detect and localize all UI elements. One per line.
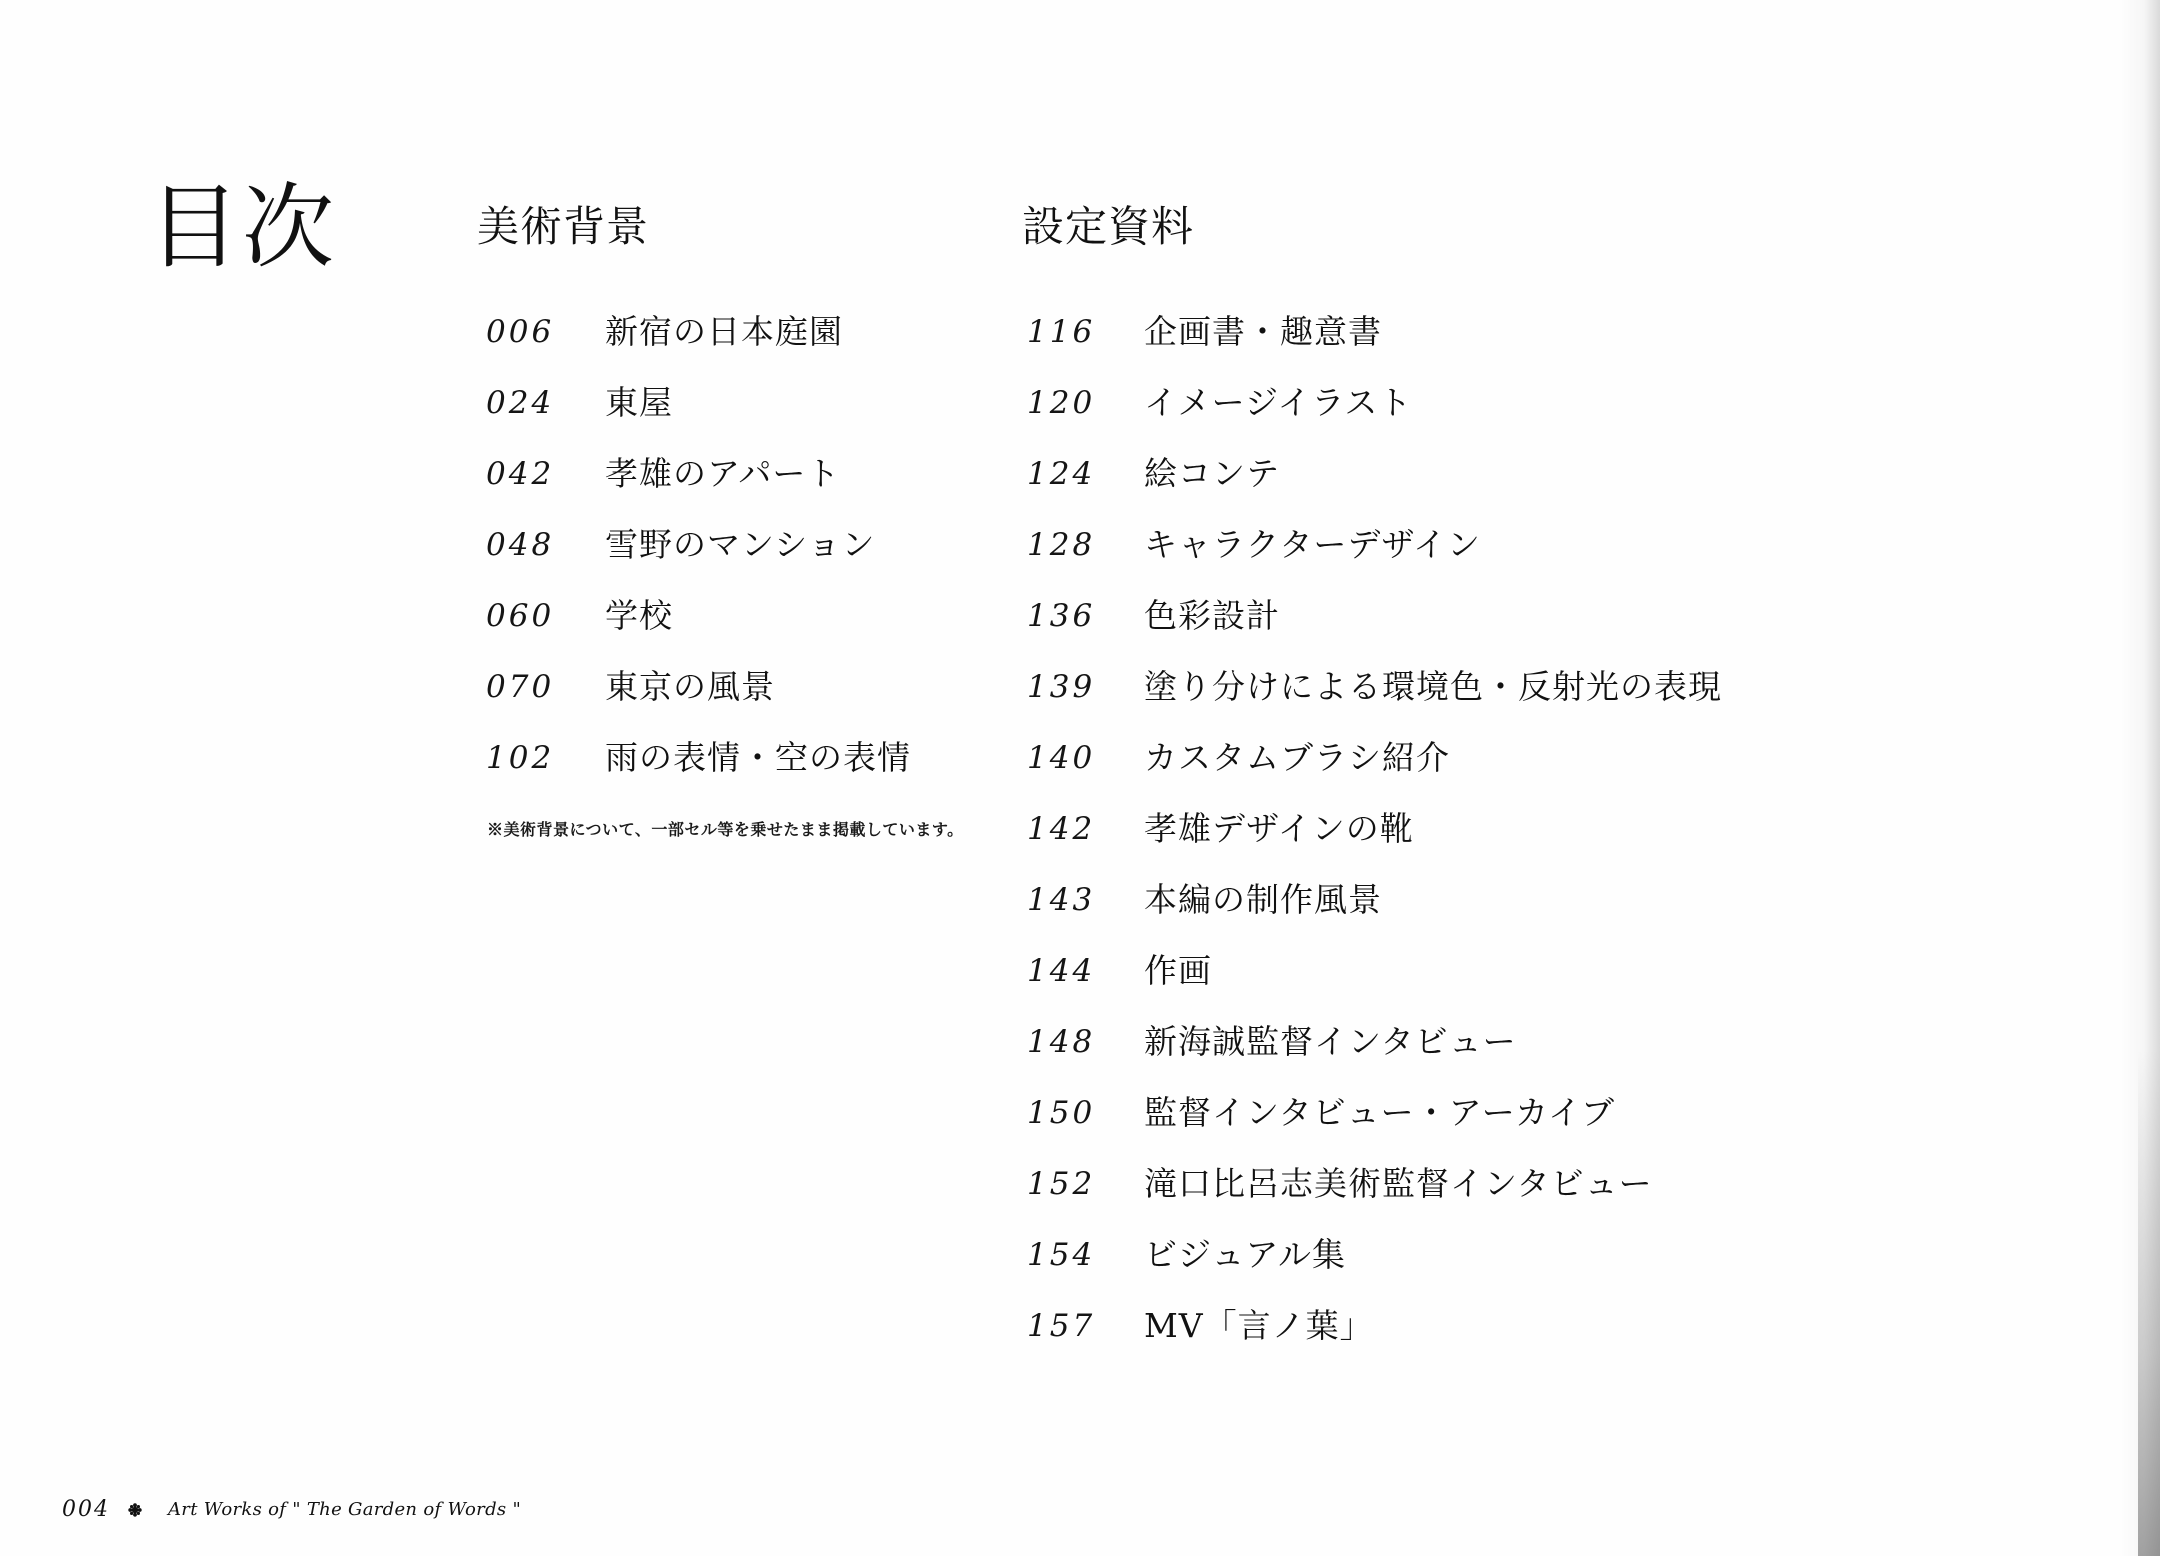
toc-list-settings-materials: 116 企画書・趣意書 120 イメージイラスト 124 絵コンテ 128 キャ…: [1027, 312, 1722, 1377]
toc-entry-label: 色彩設計: [1144, 596, 1280, 636]
toc-entry[interactable]: 142 孝雄デザインの靴: [1027, 809, 1722, 880]
section-header-settings-materials: 設定資料: [1022, 206, 1194, 248]
toc-entry-label: 東京の風景: [605, 667, 775, 707]
toc-page-number: 116: [1027, 312, 1144, 352]
toc-page-number: 120: [1027, 383, 1144, 423]
footer-book-title: Art Works of " The Garden of Words ": [168, 1499, 521, 1520]
toc-entry[interactable]: 150 監督インタビュー・アーカイブ: [1027, 1093, 1722, 1164]
toc-entry-label: 孝雄のアパート: [605, 454, 840, 494]
toc-entry[interactable]: 154 ビジュアル集: [1027, 1235, 1722, 1306]
toc-entry-label: 雪野のマンション: [605, 525, 876, 565]
toc-entry[interactable]: 048 雪野のマンション: [486, 525, 911, 596]
toc-entry-label: 東屋: [605, 383, 673, 423]
toc-page-number: 102: [486, 738, 605, 778]
toc-page-number: 144: [1027, 951, 1144, 991]
toc-entry[interactable]: 148 新海誠監督インタビュー: [1027, 1022, 1722, 1093]
toc-entry[interactable]: 006 新宿の日本庭園: [486, 312, 911, 383]
art-backgrounds-note: ※美術背景について、一部セル等を乗せたまま掲載しています。: [487, 820, 964, 840]
toc-page-number: 060: [486, 596, 605, 636]
toc-entry-label: 作画: [1144, 951, 1212, 991]
toc-entry[interactable]: 124 絵コンテ: [1027, 454, 1722, 525]
toc-page-number: 128: [1027, 525, 1144, 565]
toc-page-number: 154: [1027, 1235, 1144, 1275]
toc-page-number: 024: [486, 383, 605, 423]
page-edge-shadow-bottom: [2138, 1050, 2160, 1556]
toc-entry[interactable]: 116 企画書・趣意書: [1027, 312, 1722, 383]
toc-entry[interactable]: 060 学校: [486, 596, 911, 667]
toc-page-number: 136: [1027, 596, 1144, 636]
toc-page-number: 006: [486, 312, 605, 352]
toc-page-number: 142: [1027, 809, 1144, 849]
section-header-art-backgrounds: 美術背景: [477, 206, 649, 248]
toc-entry-label: 監督インタビュー・アーカイブ: [1144, 1093, 1615, 1133]
toc-entry-label: 新海誠監督インタビュー: [1144, 1022, 1517, 1062]
toc-entry[interactable]: 157 MV「言ノ葉」: [1027, 1306, 1722, 1377]
toc-entry[interactable]: 139 塗り分けによる環境色・反射光の表現: [1027, 667, 1722, 738]
toc-page-number: 048: [486, 525, 605, 565]
toc-page-number: 140: [1027, 738, 1144, 778]
toc-page-number: 148: [1027, 1022, 1144, 1062]
toc-entry[interactable]: 102 雨の表情・空の表情: [486, 738, 911, 809]
page-footer: 004 Art Works of " The Garden of Words ": [62, 1497, 521, 1522]
toc-entry-label: 絵コンテ: [1144, 454, 1280, 494]
toc-entry-label: MV「言ノ葉」: [1144, 1306, 1374, 1346]
toc-page-number: 070: [486, 667, 605, 707]
toc-entry-label: 滝口比呂志美術監督インタビュー: [1144, 1164, 1653, 1204]
toc-page-number: 157: [1027, 1306, 1144, 1346]
toc-entry[interactable]: 024 東屋: [486, 383, 911, 454]
toc-page-number: 152: [1027, 1164, 1144, 1204]
page-title: 目次: [148, 182, 336, 274]
toc-entry[interactable]: 070 東京の風景: [486, 667, 911, 738]
toc-page-number: 042: [486, 454, 605, 494]
footer-page-number: 004: [62, 1497, 110, 1522]
toc-entry[interactable]: 152 滝口比呂志美術監督インタビュー: [1027, 1164, 1722, 1235]
toc-entry-label: ビジュアル集: [1144, 1235, 1346, 1275]
toc-entry[interactable]: 144 作画: [1027, 951, 1722, 1022]
toc-entry[interactable]: 143 本編の制作風景: [1027, 880, 1722, 951]
toc-entry-label: キャラクターデザイン: [1144, 525, 1481, 565]
book-page: 目次 美術背景 006 新宿の日本庭園 024 東屋 042 孝雄のアパート 0…: [0, 0, 2160, 1556]
toc-page-number: 124: [1027, 454, 1144, 494]
toc-entry-label: 学校: [605, 596, 673, 636]
toc-list-art-backgrounds: 006 新宿の日本庭園 024 東屋 042 孝雄のアパート 048 雪野のマン…: [486, 312, 911, 809]
toc-entry-label: カスタムブラシ紹介: [1144, 738, 1450, 778]
toc-page-number: 150: [1027, 1093, 1144, 1133]
toc-entry-label: 雨の表情・空の表情: [605, 738, 911, 778]
toc-entry-label: 塗り分けによる環境色・反射光の表現: [1144, 667, 1722, 707]
toc-page-number: 143: [1027, 880, 1144, 920]
toc-entry-label: 企画書・趣意書: [1144, 312, 1382, 352]
toc-entry[interactable]: 136 色彩設計: [1027, 596, 1722, 667]
flower-ornament-icon: [128, 1503, 142, 1517]
toc-entry[interactable]: 128 キャラクターデザイン: [1027, 525, 1722, 596]
toc-page-number: 139: [1027, 667, 1144, 707]
toc-entry-label: 孝雄デザインの靴: [1144, 809, 1414, 849]
toc-entry-label: 新宿の日本庭園: [605, 312, 843, 352]
toc-entry-label: 本編の制作風景: [1144, 880, 1382, 920]
toc-entry-label: イメージイラスト: [1144, 383, 1412, 423]
toc-entry[interactable]: 120 イメージイラスト: [1027, 383, 1722, 454]
toc-entry[interactable]: 140 カスタムブラシ紹介: [1027, 738, 1722, 809]
toc-entry[interactable]: 042 孝雄のアパート: [486, 454, 911, 525]
